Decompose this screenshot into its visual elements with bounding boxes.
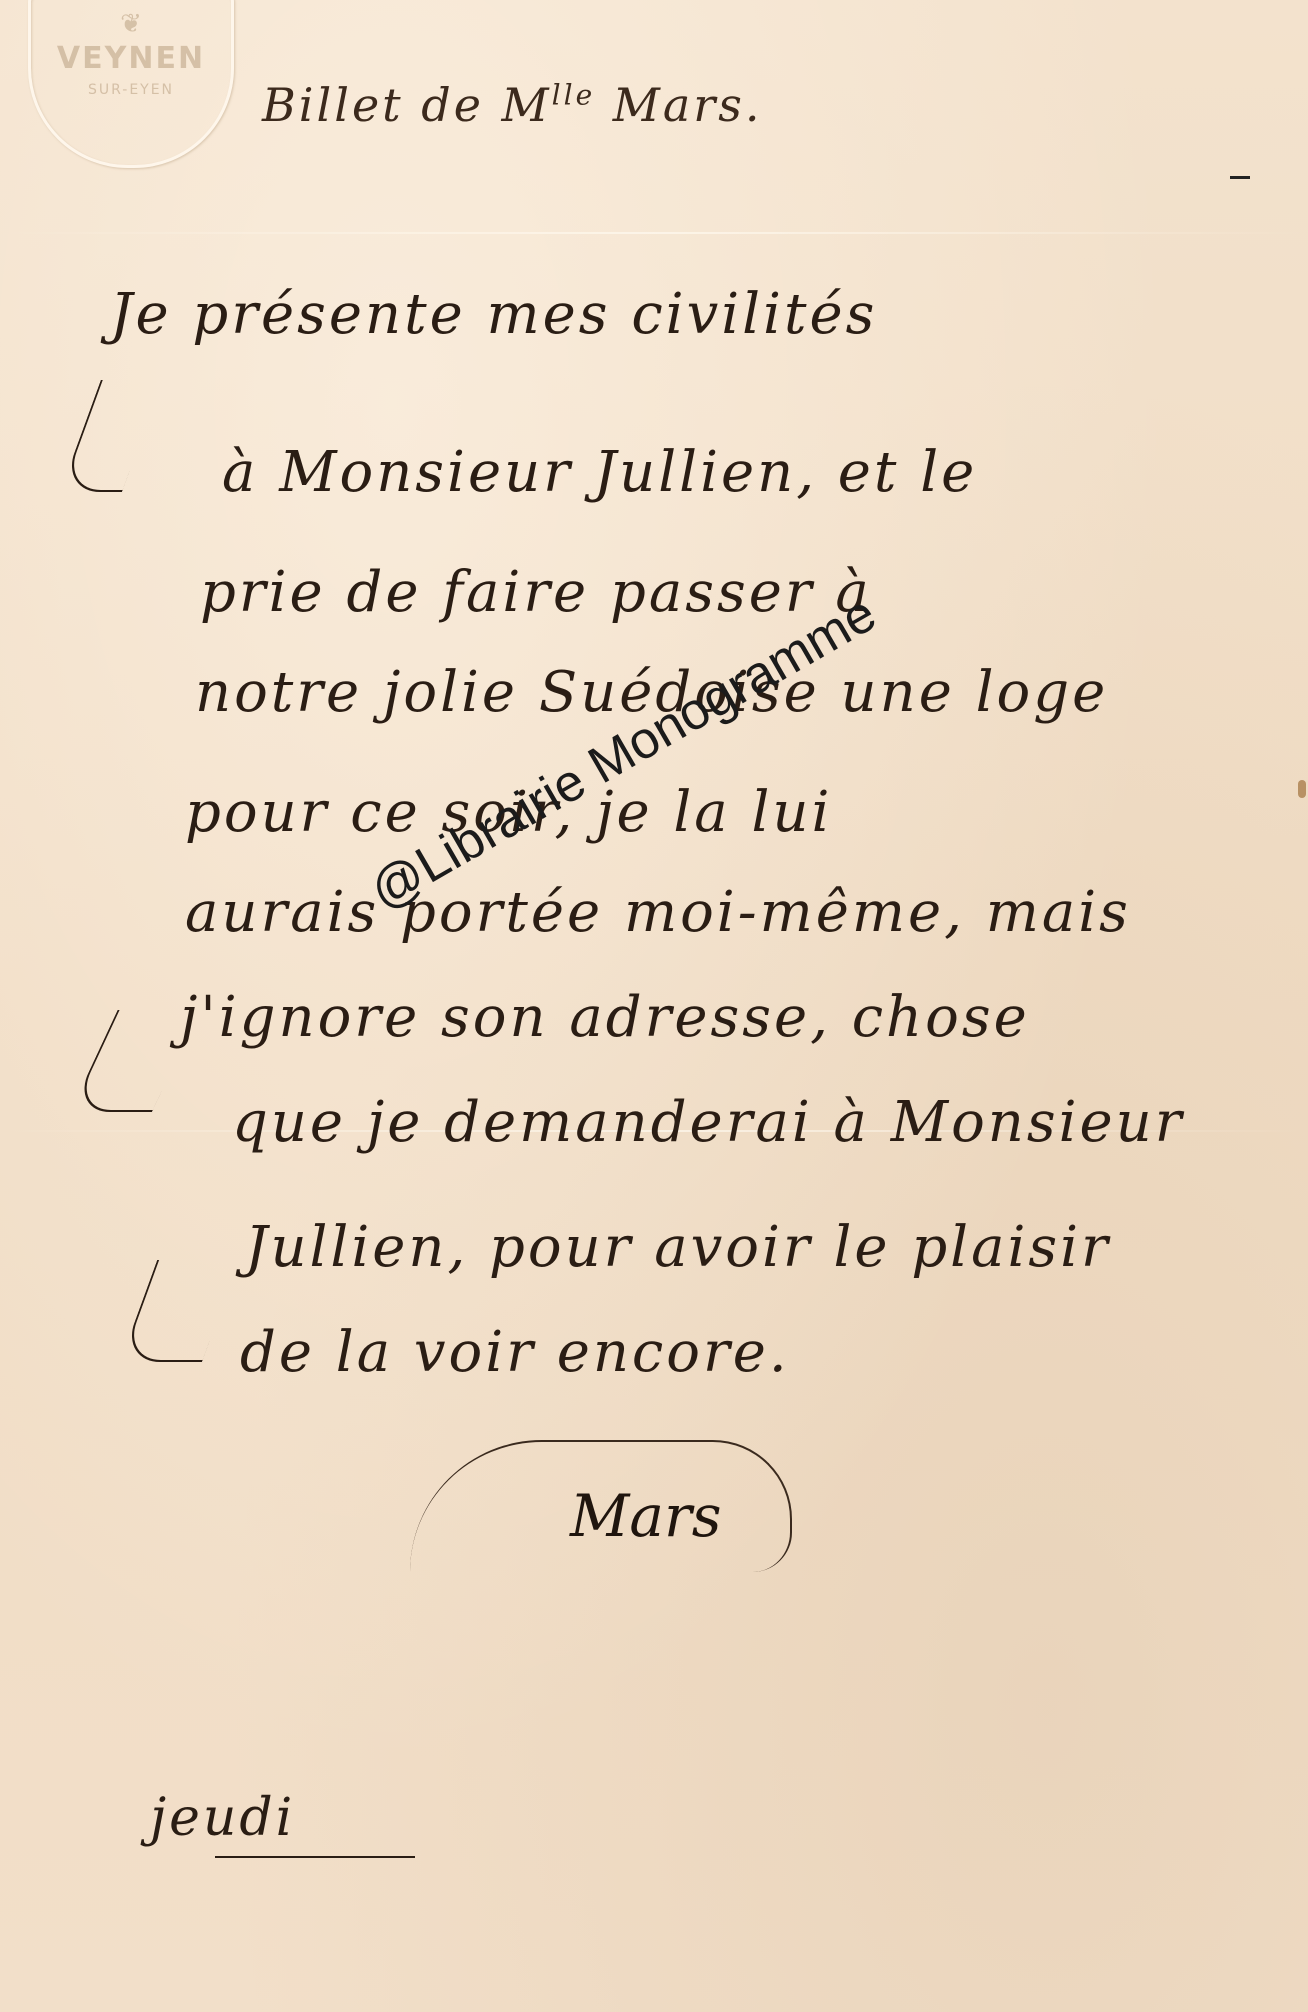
body-line-8: que je demanderai à Monsieur: [232, 1090, 1185, 1155]
date-underline: [215, 1856, 415, 1858]
body-line-1: Je présente mes civilités: [110, 282, 877, 347]
body-line-7: j'ignore son adresse, chose: [180, 985, 1030, 1050]
signature: Mars: [570, 1482, 721, 1550]
shell-emblem-icon: ❦: [31, 9, 231, 39]
ink-mark: [1230, 176, 1250, 179]
letter-date: jeudi: [150, 1788, 295, 1848]
body-line-3: prie de faire passer à: [200, 560, 872, 625]
heading-text: Billet de M: [262, 78, 552, 132]
heading-superscript: lle: [552, 79, 595, 112]
body-line-6: aurais portée moi-même, mais: [185, 880, 1131, 945]
body-line-10: de la voir encore.: [240, 1320, 790, 1385]
letter-heading: Billet de Mlle Mars.: [262, 78, 763, 132]
stamp-line-2: SUR-EYEN: [31, 82, 231, 98]
heading-name: Mars.: [595, 78, 762, 132]
paper-fold: [0, 232, 1308, 234]
paper-stain: [1298, 780, 1306, 798]
stamp-line-1: VEYNEN: [31, 41, 231, 76]
body-line-9: Jullien, pour avoir le plaisir: [245, 1215, 1111, 1280]
body-line-2: à Monsieur Jullien, et le: [222, 440, 977, 505]
